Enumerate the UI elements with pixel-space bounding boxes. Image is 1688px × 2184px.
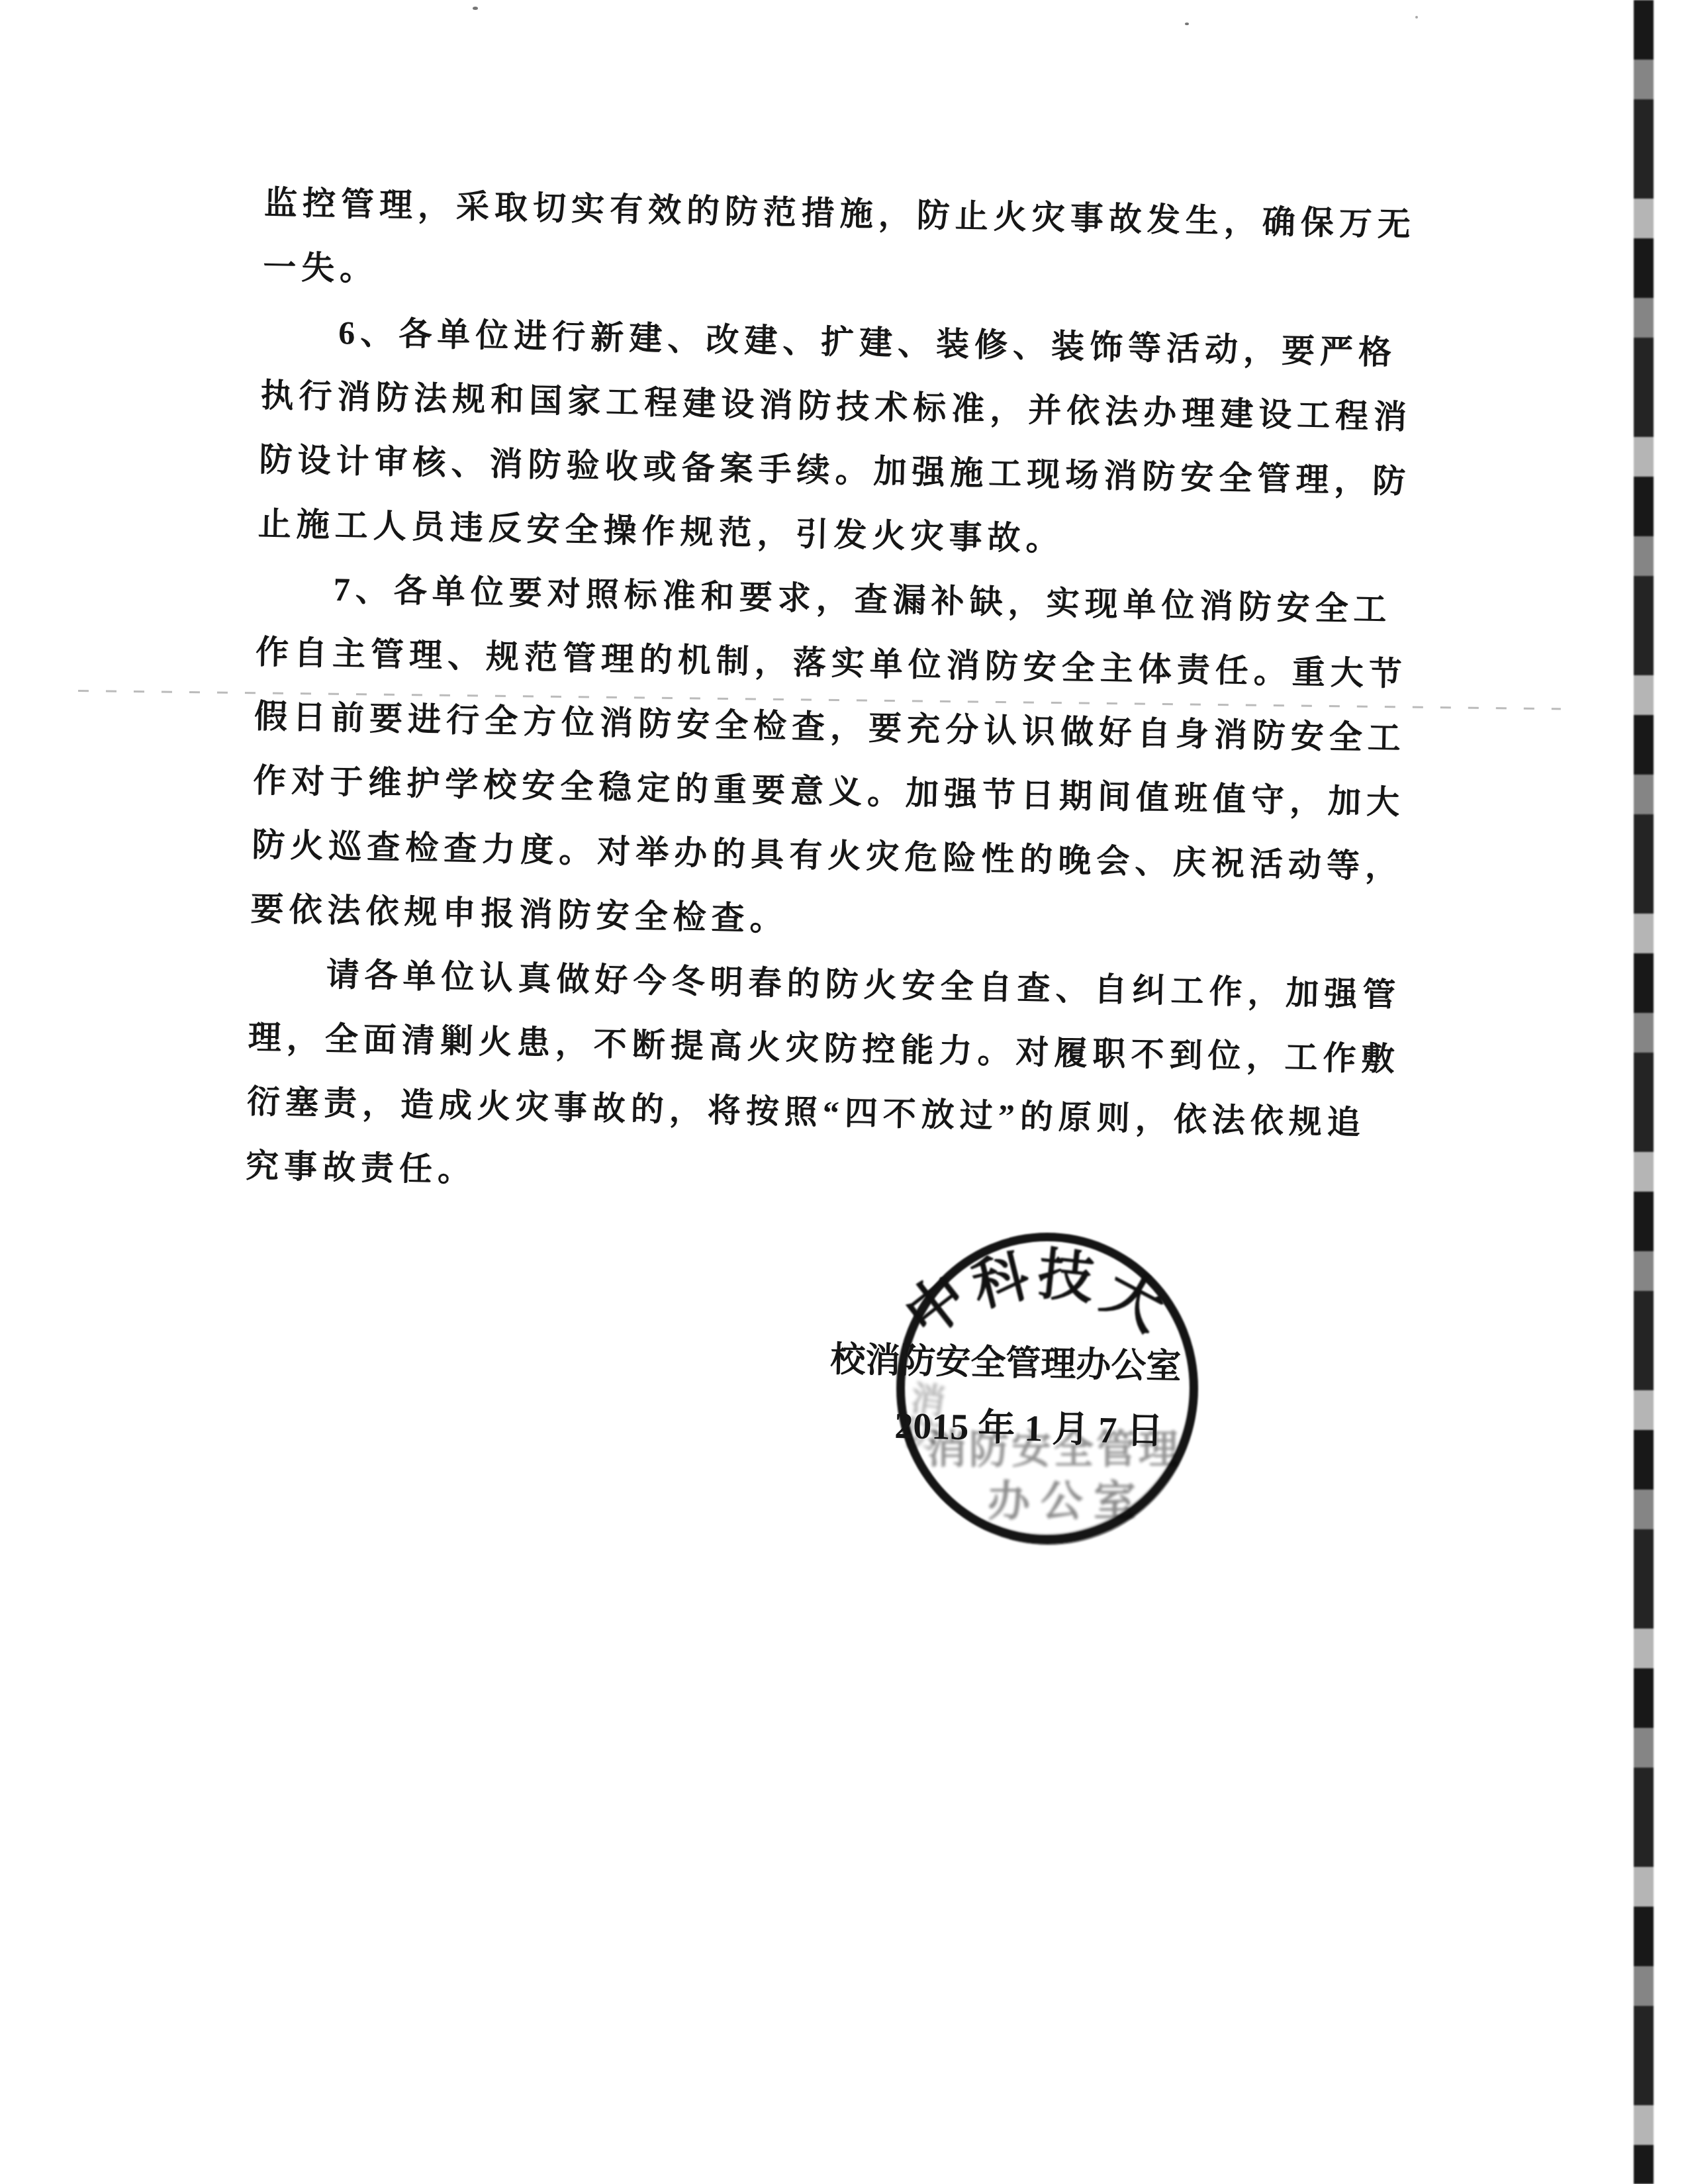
signature-date: 2015 年 1 月 7 日 (894, 1407, 1164, 1450)
stamp-arc-character: 技 (1035, 1247, 1096, 1308)
stamp-inner-text-bottom: 办公室 (988, 1480, 1147, 1523)
scan-artifact-right-band (1634, 0, 1654, 2184)
scan-speck (1185, 23, 1189, 25)
scanned-document-page: 监控管理，采取切实有效的防范措施，防止火灾事故发生，确保万无一失。6、各单位进行… (0, 0, 1688, 2184)
scan-speck (1415, 16, 1418, 19)
signature-office-name: 校消防安全管理办公室 (830, 1343, 1182, 1385)
scan-speck (473, 7, 478, 10)
